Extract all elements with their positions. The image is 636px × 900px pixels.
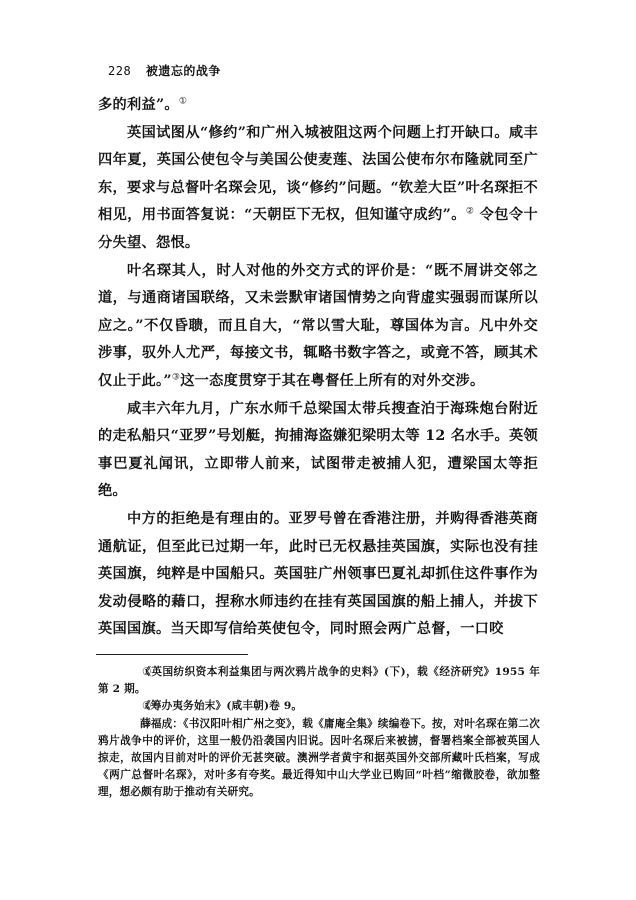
footnote-marker: ② <box>120 698 140 715</box>
paragraph-text: 中方的拒绝是有理由的。亚罗号曾在香港注册，并购得香港英商通航证，但至此已过期一年… <box>98 511 538 637</box>
footnote-ref[interactable]: ① <box>179 96 187 106</box>
paragraph: 中方的拒绝是有理由的。亚罗号曾在香港注册，并购得香港英商通航证，但至此已过期一年… <box>98 506 538 644</box>
footnote-text: 《英国纺织资本利益集团与两次鸦片战争的史料》(下)，载《经济研究》1955 年第… <box>98 666 540 695</box>
footnote-text: 《筹办夷务始末》(咸丰朝)卷 9。 <box>140 700 302 712</box>
footnote-marker: ① <box>120 664 140 681</box>
body-text: 多的利益”。① 英国试图从“修约”和广州入城被阻这两个问题上打开缺口。咸丰四年夏… <box>98 92 538 644</box>
paragraph: 英国试图从“修约”和广州入城被阻这两个问题上打开缺口。咸丰四年夏，英国公使包令与… <box>98 120 538 258</box>
book-title: 被遗忘的战争 <box>146 64 221 78</box>
paragraph: 咸丰六年九月，广东水师千总梁国太带兵搜查泊于海珠炮台附近的走私船只“亚罗”号划艇… <box>98 396 538 506</box>
paragraph-text: 这一态度贯穿于其在粤督任上所有的对外交涉。 <box>180 373 484 389</box>
paragraph-text: 咸丰六年九月，广东水师千总梁国太带兵搜查泊于海珠炮台附近的走私船只“亚罗”号划艇… <box>98 401 538 500</box>
footnote-marker: ③ <box>120 716 140 733</box>
footnote-1: ①《英国纺织资本利益集团与两次鸦片战争的史料》(下)，载《经济研究》1955 年… <box>98 664 540 698</box>
running-head: 228 被遗忘的战争 <box>108 62 221 79</box>
footnotes: ①《英国纺织资本利益集团与两次鸦片战争的史料》(下)，载《经济研究》1955 年… <box>98 664 540 802</box>
paragraph: 多的利益”。① <box>98 92 538 120</box>
footnote-2: ②《筹办夷务始末》(咸丰朝)卷 9。 <box>98 698 540 715</box>
paragraph-text: 叶名琛其人，时人对他的外交方式的评价是：“既不屑讲交邻之道，与通商诸国联络，又未… <box>98 263 538 389</box>
page-number: 228 <box>108 64 131 78</box>
footnote-text: 薛福成：《书汉阳叶相广州之变》，载《庸庵全集》续编卷下。按，对叶名琛在第二次鸦片… <box>98 718 540 799</box>
footnote-divider <box>96 654 248 655</box>
footnote-ref[interactable]: ③ <box>172 372 180 382</box>
paragraph: 叶名琛其人，时人对他的外交方式的评价是：“既不屑讲交邻之道，与通商诸国联络，又未… <box>98 258 538 396</box>
book-page: 228 被遗忘的战争 多的利益”。① 英国试图从“修约”和广州入城被阻这两个问题… <box>0 0 636 900</box>
footnote-3: ③薛福成：《书汉阳叶相广州之变》，载《庸庵全集》续编卷下。按，对叶名琛在第二次鸦… <box>98 716 540 802</box>
paragraph-text: 多的利益”。 <box>98 97 179 113</box>
